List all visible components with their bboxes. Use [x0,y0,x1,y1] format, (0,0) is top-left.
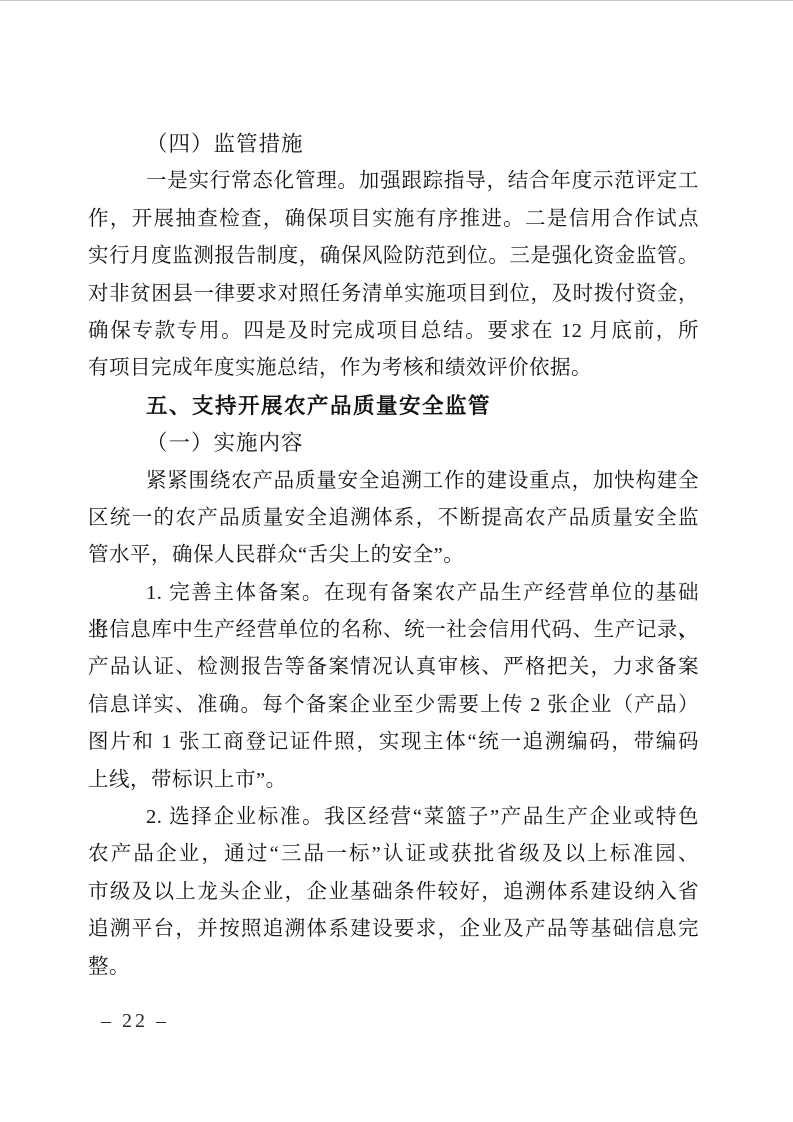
body-line: 作，开展抽查检查，确保项目实施有序推进。二是信用合作试点 [88,201,699,238]
page-number: – 22 – [101,1010,169,1033]
body-line: 整。 [88,949,699,986]
body-line: 确保专款专用。四是及时完成项目总结。要求在 12 月底前，所 [88,313,699,350]
heading-section-5-quality-safety: 五、支持开展农产品质量安全监管 [88,388,699,425]
body-line: 有项目完成年度实施总结，作为考核和绩效评价依据。 [88,350,699,387]
body-line: 实行月度监测报告制度，确保风险防范到位。三是强化资金监管。 [88,238,699,275]
body-line: 追溯平台，并按照追溯体系建设要求，企业及产品等基础信息完 [88,911,699,948]
body-line: 信息详实、准确。每个备案企业至少需要上传 2 张企业（产品） [88,687,699,724]
body-line: 农产品企业，通过“三品一标”认证或获批省级及以上标准园、 [88,836,699,873]
heading-implementation-content: （一）实施内容 [88,425,699,462]
heading-regulatory-measures: （四）监管措施 [88,126,699,163]
body-line: 一是实行常态化管理。加强跟踪指导，结合年度示范评定工 [88,163,699,200]
body-line: 市级及以上龙头企业，企业基础条件较好，追溯体系建设纳入省 [88,874,699,911]
scan-top-edge [0,0,793,1]
body-line: 将信息库中生产经营单位的名称、统一社会信用代码、生产记录、 [88,612,699,649]
body-line: 紧紧围绕农产品质量安全追溯工作的建设重点，加快构建全 [88,463,699,500]
body-line: 上线，带标识上市”。 [88,762,699,799]
body-line: 1. 完善主体备案。在现有备案农产品生产经营单位的基础上， [88,575,699,612]
body-line: 产品认证、检测报告等备案情况认真审核、严格把关，力求备案 [88,649,699,686]
document-page-body: （四）监管措施 一是实行常态化管理。加强跟踪指导，结合年度示范评定工 作，开展抽… [88,126,699,986]
body-line: 对非贫困县一律要求对照任务清单实施项目到位，及时拨付资金， [88,276,699,313]
body-line: 区统一的农产品质量安全追溯体系，不断提高农产品质量安全监 [88,500,699,537]
body-line: 图片和 1 张工商登记证件照，实现主体“统一追溯编码，带编码 [88,724,699,761]
body-line: 管水平，确保人民群众“舌尖上的安全”。 [88,537,699,574]
body-line: 2. 选择企业标准。我区经营“菜篮子”产品生产企业或特色 [88,799,699,836]
